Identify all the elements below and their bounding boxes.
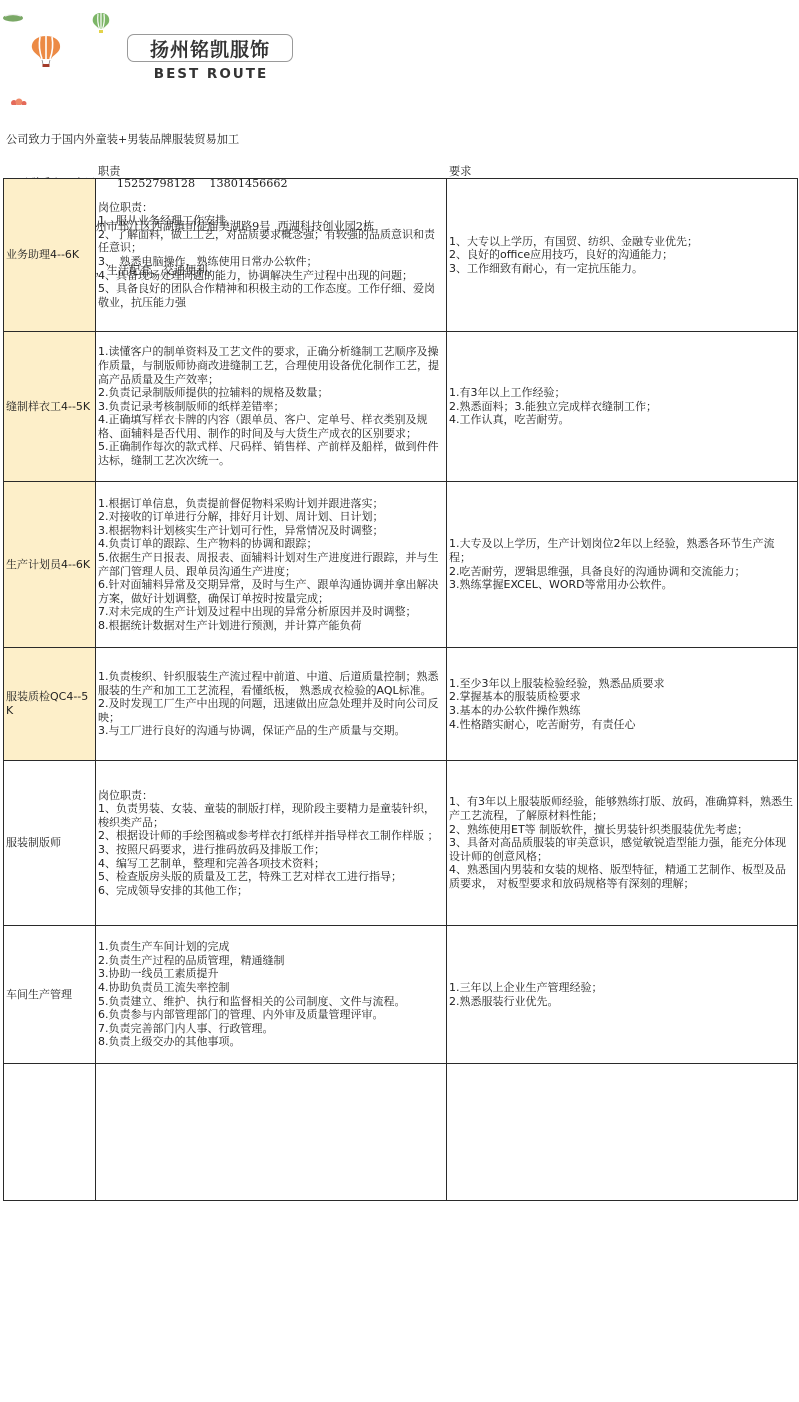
duty-line: 1.读懂客户的制单资料及工艺文件的要求，正确分析缝制工艺顺序及操作质量，与制版师… xyxy=(98,345,444,386)
table-row: 车间生产管理1.负责生产车间计划的完成2.负责生产过程的品质管理，精通缝制3.协… xyxy=(4,926,798,1064)
requirement-line: 1.至少3年以上服装检验经验，熟悉品质要求 xyxy=(449,677,795,691)
duty-line: 2.负责记录制版师提供的拉辅料的规格及数量； xyxy=(98,386,444,400)
company-logo-slogan: BEST ROUTE xyxy=(146,66,276,82)
requirement-line: 4、熟悉国内男装和女装的规格、版型特征，精通工艺制作、板型及品质要求， 对板型要… xyxy=(449,863,795,890)
duty-line: 5.正确制作每次的款式样、尺码样、销售样、产前样及船样，做到件件达标，缝制工艺次… xyxy=(98,440,444,467)
duty-line: 5、具备良好的团队合作精神和积极主动的工作态度。工作仔细、爱岗敬业，抗压能力强 xyxy=(98,282,444,309)
requirements-cell: 1、有3年以上服装版师经验，能够熟练打版、放码，准确算料，熟悉生产工艺流程，了解… xyxy=(447,761,798,926)
duty-line: 3.负责记录考核制版师的纸样差错率； xyxy=(98,400,444,414)
duties-cell: 1.负责梭织、针织服装生产流过程中前道、中道、后道质量控制；熟悉服装的生产和加工… xyxy=(96,648,447,761)
requirement-line: 3、工作细致有耐心，有一定抗压能力。 xyxy=(449,262,795,276)
duty-line: 6.负责参与内部管理部门的管理、内外审及质量管理评审。 xyxy=(98,1008,444,1022)
duty-line: 8.根据统计数据对生产计划进行预测，并计算产能负荷 xyxy=(98,619,444,633)
duty-line: 4.协助负责员工流失率控制 xyxy=(98,981,444,995)
duty-line: 7.对未完成的生产计划及过程中出现的异常分析原因并及时调整； xyxy=(98,605,444,619)
requirements-cell: 1.大专及以上学历，生产计划岗位2年以上经验，熟悉各环节生产流程；2.吃苦耐劳，… xyxy=(447,482,798,648)
duty-line: 2、根据设计师的手绘图稿或参考样衣打纸样并指导样衣工制作样版 ； xyxy=(98,829,444,843)
intro-business: 公司致力于国内外童装+男装品牌服装贸易加工 xyxy=(6,133,374,148)
table-row: 服装制版师岗位职责：1、负责男装、女装、童装的制版打样，现阶段主要精力是童装针织… xyxy=(4,761,798,926)
duty-line: 6.针对面辅料异常及交期异常，及时与生产、跟单沟通协调并拿出解决方案，做好计划调… xyxy=(98,578,444,605)
duty-line: 3.协助一线员工素质提升 xyxy=(98,967,444,981)
position-cell: 服装质检QC4--5K xyxy=(4,648,96,761)
duty-line: 5.负责建立、维护、执行和监督相关的公司制度、文件与流程。 xyxy=(98,995,444,1009)
table-row xyxy=(4,1064,798,1201)
duty-line: 4.正确填写样衣卡牌的内容（跟单员、客户、定单号、样衣类别及规格、面辅料是否代用… xyxy=(98,413,444,440)
duty-line: 4、具备现场处理问题的能力，协调解决生产过程中出现的问题； xyxy=(98,269,444,283)
duty-line: 岗位职责： xyxy=(98,201,444,215)
duty-line: 2.对接收的订单进行分解，排好月计划、周计划、日计划； xyxy=(98,510,444,524)
duties-cell: 岗位职责：1、服从业务经理工作安排，2、了解面料，做工工艺，对品质要求概念强；有… xyxy=(96,179,447,332)
table-row: 服装质检QC4--5K1.负责梭织、针织服装生产流过程中前道、中道、后道质量控制… xyxy=(4,648,798,761)
requirement-line: 1.大专及以上学历，生产计划岗位2年以上经验，熟悉各环节生产流程； xyxy=(449,537,795,564)
duty-line: 1.根据订单信息，负责提前督促物料采购计划并跟进落实； xyxy=(98,497,444,511)
requirements-cell: 1.三年以上企业生产管理经验；2.熟悉服装行业优先。 xyxy=(447,926,798,1064)
position-cell: 车间生产管理 xyxy=(4,926,96,1064)
duty-line: 1、负责男装、女装、童装的制版打样，现阶段主要精力是童装针织，梭织类产品； xyxy=(98,802,444,829)
duty-line: 4、编写工艺制单，整理和完善各项技术资料； xyxy=(98,857,444,871)
duty-line: 5.依据生产日报表、周报表、面辅料计划对生产进度进行跟踪，并与生产部门管理人员、… xyxy=(98,551,444,578)
table-row: 缝制样衣工4--5K1.读懂客户的制单资料及工艺文件的要求，正确分析缝制工艺顺序… xyxy=(4,332,798,482)
duty-line: 3、按照尺码要求，进行推码放码及排版工作； xyxy=(98,843,444,857)
duty-line: 6、完成领导安排的其他工作； xyxy=(98,884,444,898)
duty-line: 3、 熟悉电脑操作，熟练使用日常办公软件； xyxy=(98,255,444,269)
header-duties: 职责 xyxy=(98,163,120,179)
requirement-line: 2.掌握基本的服装质检要求 xyxy=(449,690,795,704)
position-cell: 业务助理4--6K xyxy=(4,179,96,332)
requirements-cell: 1.至少3年以上服装检验经验，熟悉品质要求2.掌握基本的服装质检要求3.基本的办… xyxy=(447,648,798,761)
requirement-line: 1、大专以上学历，有国贸、纺织、金融专业优先； xyxy=(449,235,795,249)
requirement-line: 4.性格踏实耐心，吃苦耐劳，有责任心 xyxy=(449,718,795,732)
duty-line: 4.负责订单的跟踪、生产物料的协调和跟踪； xyxy=(98,537,444,551)
job-table: 业务助理4--6K岗位职责：1、服从业务经理工作安排，2、了解面料，做工工艺，对… xyxy=(3,178,798,1201)
requirement-line: 3.熟练掌握EXCEL、WORD等常用办公软件。 xyxy=(449,578,795,592)
position-cell xyxy=(4,1064,96,1201)
duties-cell: 岗位职责：1、负责男装、女装、童装的制版打样，现阶段主要精力是童装针织，梭织类产… xyxy=(96,761,447,926)
duties-cell: 1.根据订单信息，负责提前督促物料采购计划并跟进落实；2.对接收的订单进行分解，… xyxy=(96,482,447,648)
duty-line: 岗位职责： xyxy=(98,789,444,803)
requirement-line: 2.熟悉服装行业优先。 xyxy=(449,995,795,1009)
duty-line: 3.与工厂进行良好的沟通与协调，保证产品的生产质量与交期。 xyxy=(98,724,444,738)
duties-cell xyxy=(96,1064,447,1201)
requirements-cell: 1.有3年以上工作经验；2.熟悉面料；3.能独立完成样衣缝制工作；4.工作认真，… xyxy=(447,332,798,482)
duty-line: 1、服从业务经理工作安排， xyxy=(98,214,444,228)
duty-line: 2.负责生产过程的品质管理，精通缝制 xyxy=(98,954,444,968)
duties-cell: 1.负责生产车间计划的完成2.负责生产过程的品质管理，精通缝制3.协助一线员工素… xyxy=(96,926,447,1064)
green-airship-icon xyxy=(2,13,24,23)
duty-line: 1.负责生产车间计划的完成 xyxy=(98,940,444,954)
position-cell: 服装制版师 xyxy=(4,761,96,926)
table-row: 生产计划员4--6K1.根据订单信息，负责提前督促物料采购计划并跟进落实；2.对… xyxy=(4,482,798,648)
header-requirements: 要求 xyxy=(449,163,471,179)
requirement-line: 2.吃苦耐劳，逻辑思维强，具备良好的沟通协调和交流能力； xyxy=(449,565,795,579)
duty-line: 8.负责上级交办的其他事项。 xyxy=(98,1035,444,1049)
requirement-line: 1.三年以上企业生产管理经验； xyxy=(449,981,795,995)
requirement-line: 1.有3年以上工作经验； xyxy=(449,386,795,400)
position-cell: 生产计划员4--6K xyxy=(4,482,96,648)
duty-line: 5、检查版房头版的质量及工艺，特殊工艺对样衣工进行指导； xyxy=(98,870,444,884)
requirement-line: 1、有3年以上服装版师经验，能够熟练打版、放码，准确算料，熟悉生产工艺流程，了解… xyxy=(449,795,795,822)
duty-line: 3.根据物料计划核实生产计划可行性，异常情况及时调整； xyxy=(98,524,444,538)
duty-line: 2、了解面料，做工工艺，对品质要求概念强；有较强的品质意识和责任意识； xyxy=(98,228,444,255)
requirements-cell xyxy=(447,1064,798,1201)
requirement-line: 2、良好的office应用技巧，良好的沟通能力； xyxy=(449,248,795,262)
green-hot-air-balloon-icon xyxy=(91,12,111,36)
duty-line: 2.及时发现工厂生产中出现的问题，迅速做出应急处理并及时向公司反映； xyxy=(98,697,444,724)
requirement-line: 3.基本的办公软件操作熟练 xyxy=(449,704,795,718)
company-logo-title: 扬州铭凯服饰 xyxy=(127,34,293,62)
requirements-cell: 1、大专以上学历，有国贸、纺织、金融专业优先；2、良好的office应用技巧，良… xyxy=(447,179,798,332)
requirement-line: 2、熟练使用ET等 制版软件，擅长男装针织类服装优先考虑； xyxy=(449,823,795,837)
requirement-line: 3、具备对高品质服装的审美意识，感觉敏锐造型能力强，能充分体现设计师的创意风格； xyxy=(449,836,795,863)
position-cell: 缝制样衣工4--5K xyxy=(4,332,96,482)
orange-hot-air-balloon-icon xyxy=(30,35,62,69)
table-row: 业务助理4--6K岗位职责：1、服从业务经理工作安排，2、了解面料，做工工艺，对… xyxy=(4,179,798,332)
requirement-line: 2.熟悉面料；3.能独立完成样衣缝制工作； xyxy=(449,400,795,414)
duty-line: 7.负责完善部门内人事、行政管理。 xyxy=(98,1022,444,1036)
duties-cell: 1.读懂客户的制单资料及工艺文件的要求，正确分析缝制工艺顺序及操作质量，与制版师… xyxy=(96,332,447,482)
duty-line: 1.负责梭织、针织服装生产流过程中前道、中道、后道质量控制；熟悉服装的生产和加工… xyxy=(98,670,444,697)
requirement-line: 4.工作认真，吃苦耐劳。 xyxy=(449,413,795,427)
